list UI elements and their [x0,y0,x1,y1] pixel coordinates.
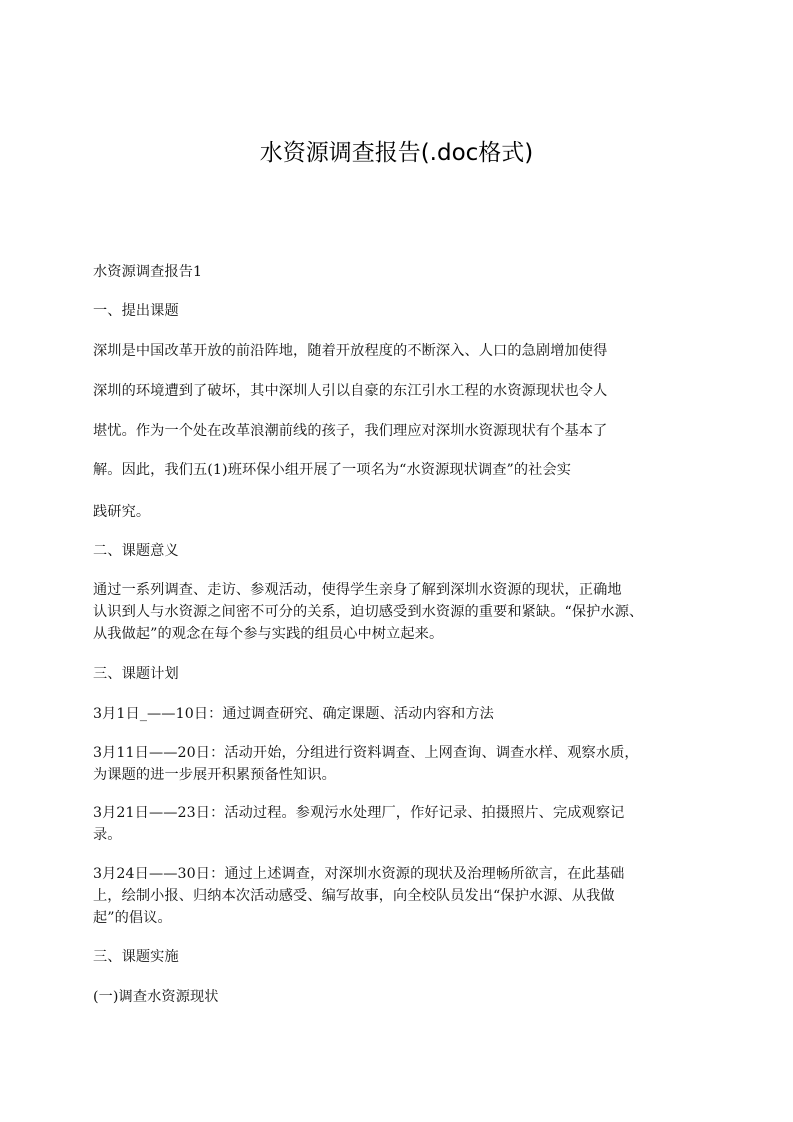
section-heading-proposal: 一、提出课题 [93,301,179,321]
paragraph-line: 深圳的环境遭到了破坏，其中深圳人引以自豪的东江引水工程的水资源现状也令人 [93,381,607,401]
plan-item-line: 为课题的进一步展开积累预备性知识。 [93,765,336,785]
report-subtitle: 水资源调查报告1 [93,262,202,282]
section-heading-implementation: 三、课题实施 [93,947,179,967]
plan-item-line: 3月11日——20日：活动开始，分组进行资料调查、上网查询、调查水样、观察水质， [93,743,639,763]
plan-item-line: 录。 [93,825,122,845]
plan-item-line: 上，绘制小报、归纳本次活动感受、编写故事，向全校队员发出“保护水源、从我做 [93,886,615,906]
paragraph-line: 认识到人与水资源之间密不可分的关系，迫切感受到水资源的重要和紧缺。“保护水源、 [93,602,643,622]
paragraph-line: 通过一系列调查、走访、参观活动，使得学生亲身了解到深圳水资源的现状，正确地 [93,580,622,600]
section-heading-plan: 三、课题计划 [93,664,179,684]
subsection-heading: (一)调查水资源现状 [93,987,219,1007]
plan-item-line: 3月21日——23日：活动过程。参观污水处理厂，作好记录、拍摄照片、完成观察记 [93,803,624,823]
paragraph-line: 从我做起”的观念在每个参与实践的组员心中树立起来。 [93,624,443,644]
paragraph-line: 堪忧。作为一个处在改革浪潮前线的孩子，我们理应对深圳水资源现状有个基本了 [93,421,607,441]
plan-item-line: 3月1日_——10日：通过调查研究、确定课题、活动内容和方法 [93,704,494,724]
section-heading-significance: 二、课题意义 [93,541,179,561]
document-title: 水资源调查报告(.doc格式) [0,138,793,168]
paragraph-line: 深圳是中国改革开放的前沿阵地，随着开放程度的不断深入、人口的急剧增加使得 [93,341,607,361]
plan-item-line: 3月24日——30日：通过上述调查，对深圳水资源的现状及治理畅所欲言，在此基础 [93,864,624,884]
paragraph-line: 践研究。 [93,502,150,522]
document-page: 水资源调查报告(.doc格式) 水资源调查报告1 一、提出课题 深圳是中国改革开… [0,0,793,1122]
plan-item-line: 起”的倡议。 [93,908,172,928]
paragraph-line: 解。因此，我们五(1)班环保小组开展了一项名为“水资源现状调查”的社会实 [93,460,571,480]
